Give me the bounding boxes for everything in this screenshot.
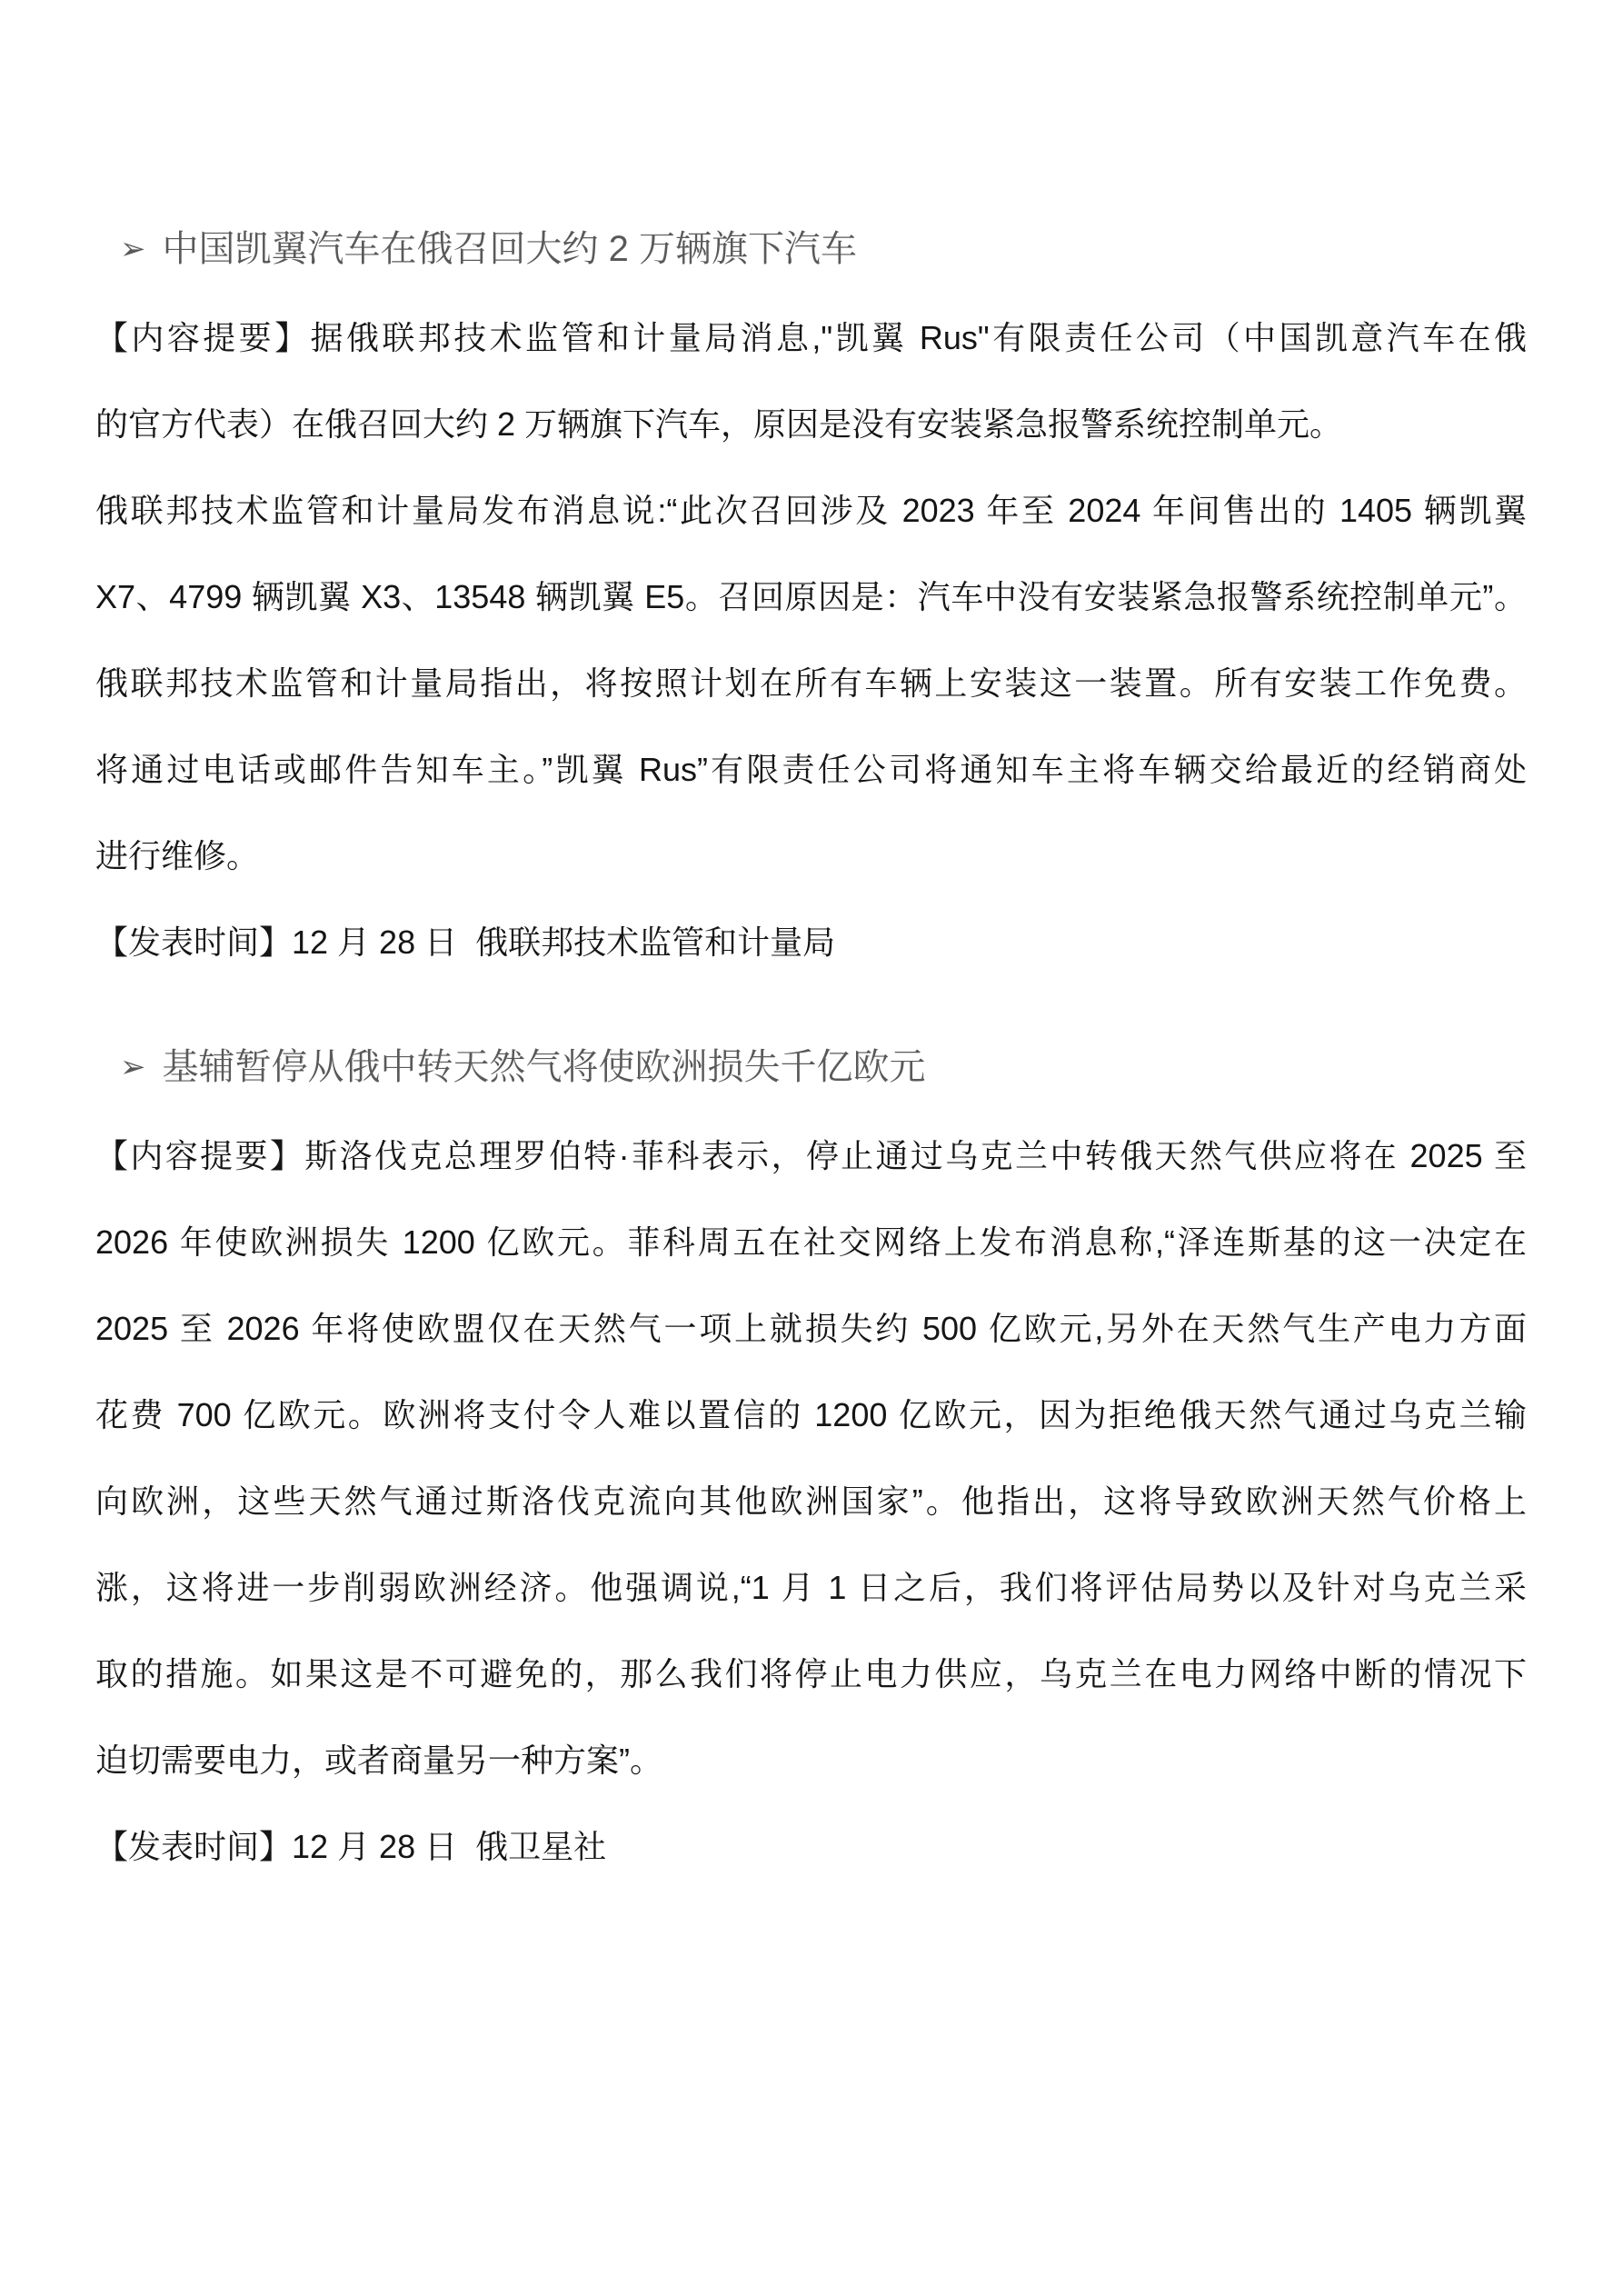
publish-line: 【发表时间】12 月 28 日 俄卫星社: [95, 1803, 1527, 1890]
body-line: 的官方代表）在俄召回大约 2 万辆旗下汽车，原因是没有安装紧急报警系统控制单元。: [95, 381, 1527, 467]
body-line: 2026 年使欧洲损失 1200 亿欧元。菲科周五在社交网络上发布消息称,“泽连…: [95, 1199, 1527, 1285]
section-body-2: 【内容提要】斯洛伐克总理罗伯特·菲科表示，停止通过乌克兰中转俄天然气供应将在 2…: [95, 1113, 1527, 1890]
body-line: 俄联邦技术监管和计量局指出，将按照计划在所有车辆上安装这一装置。所有安装工作免费…: [95, 640, 1527, 726]
body-line: 将通过电话或邮件告知车主。”凯翼 Rus”有限责任公司将通知车主将车辆交给最近的…: [95, 726, 1527, 813]
section-heading-text: 基辅暂停从俄中转天然气将使欧洲损失千亿欧元: [163, 1024, 926, 1111]
section-heading-1: ➢ 中国凯翼汽车在俄召回大约 2 万辆旗下汽车: [95, 206, 1527, 294]
section-body-1: 【内容提要】据俄联邦技术监管和计量局消息,"凯翼 Rus"有限责任公司（中国凯意…: [95, 294, 1527, 985]
body-line: 【内容提要】斯洛伐克总理罗伯特·菲科表示，停止通过乌克兰中转俄天然气供应将在 2…: [95, 1113, 1527, 1199]
section-heading-text: 中国凯翼汽车在俄召回大约 2 万辆旗下汽车: [163, 206, 857, 293]
arrow-bullet-icon: ➢: [120, 1024, 146, 1111]
body-line: 进行维修。: [95, 813, 1527, 899]
body-line: 涨，这将进一步削弱欧洲经济。他强调说,“1 月 1 日之后，我们将评估局势以及针…: [95, 1544, 1527, 1631]
body-line: 迫切需要电力，或者商量另一种方案”。: [95, 1717, 1527, 1803]
section-heading-2: ➢ 基辅暂停从俄中转天然气将使欧洲损失千亿欧元: [95, 1024, 1527, 1113]
arrow-bullet-icon: ➢: [120, 206, 146, 293]
document-page: ➢ 中国凯翼汽车在俄召回大约 2 万辆旗下汽车 【内容提要】据俄联邦技术监管和计…: [0, 0, 1623, 2296]
body-line: 取的措施。如果这是不可避免的，那么我们将停止电力供应，乌克兰在电力网络中断的情况…: [95, 1631, 1527, 1717]
body-line: 【内容提要】据俄联邦技术监管和计量局消息,"凯翼 Rus"有限责任公司（中国凯意…: [95, 294, 1527, 381]
body-line: 2025 至 2026 年将使欧盟仅在天然气一项上就损失约 500 亿欧元,另外…: [95, 1285, 1527, 1372]
publish-line: 【发表时间】12 月 28 日 俄联邦技术监管和计量局: [95, 899, 1527, 985]
body-line: 俄联邦技术监管和计量局发布消息说:“此次召回涉及 2023 年至 2024 年间…: [95, 467, 1527, 554]
body-line: 花费 700 亿欧元。欧洲将支付令人难以置信的 1200 亿欧元，因为拒绝俄天然…: [95, 1372, 1527, 1458]
body-line: 向欧洲，这些天然气通过斯洛伐克流向其他欧洲国家”。他指出，这将导致欧洲天然气价格…: [95, 1458, 1527, 1544]
body-line: X7、4799 辆凯翼 X3、13548 辆凯翼 E5。召回原因是：汽车中没有安…: [95, 554, 1527, 640]
